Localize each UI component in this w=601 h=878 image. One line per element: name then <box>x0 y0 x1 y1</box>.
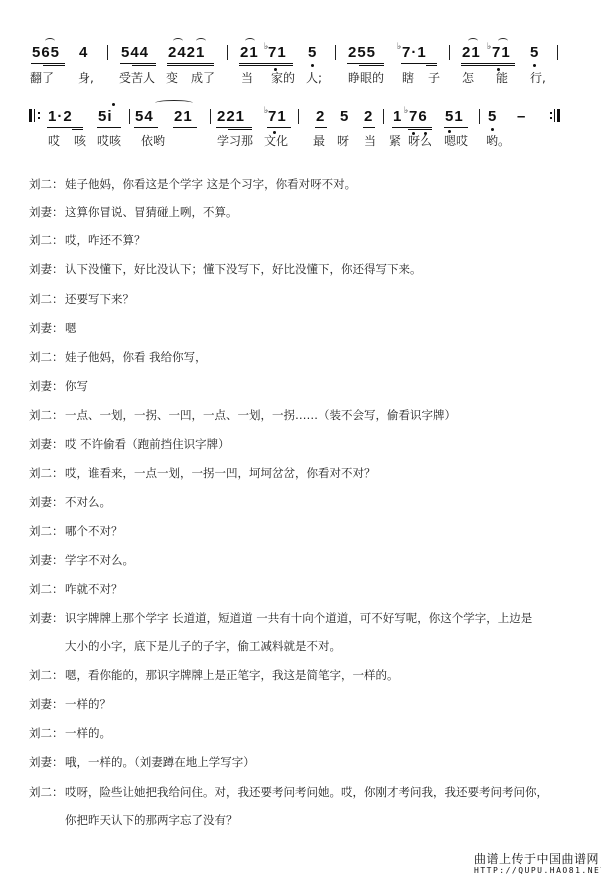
dialogue-line: 刘二：还要写下来？ <box>29 292 134 306</box>
bar-line <box>107 45 108 60</box>
octave-dot <box>491 128 494 131</box>
lyric: 成了 <box>191 71 215 85</box>
speaker-label: 刘二： <box>29 582 65 596</box>
bar-line <box>210 109 211 124</box>
note-group: 51 <box>445 109 464 125</box>
dialogue-continuation: 大小的小字，底下是儿子的子字，偷工减料就是不对。 <box>65 639 341 653</box>
dialogue-text: 认下没懂下，好比没认下；懂下没写下，好比没懂下，你还得写下来。 <box>65 262 422 276</box>
watermark-url: HTTP://QUPU.HAO81.NET <box>474 866 601 875</box>
dialogue-text: 这算你冒说、冒猜碰上咧，不算。 <box>65 205 238 219</box>
dialogue-text: 嗯，看你能的，那识字牌牌上是正笔字，我这是简笔字，一样的。 <box>65 668 399 682</box>
dialogue-line: 刘二：一样的。 <box>29 726 111 740</box>
note-group: 7·1 <box>402 45 427 61</box>
lyric: 受苦人 <box>119 71 155 85</box>
dialogue-line: 刘二：哎，咋还不算？ <box>29 233 146 247</box>
note-group: 2421 <box>168 45 205 61</box>
lyric: 行, <box>530 71 546 85</box>
note-group: 5 <box>340 109 349 125</box>
dialogue-text: 哎 不许偷看（跑前挡住识字牌） <box>65 437 230 451</box>
speaker-label: 刘二： <box>29 785 65 799</box>
flat-sign: ♭ <box>487 43 491 52</box>
beam-line <box>239 65 293 66</box>
note-group: 544 <box>121 45 149 61</box>
beam-line <box>228 129 252 130</box>
beam-line <box>216 127 252 128</box>
note-group: 4 <box>79 45 88 61</box>
lyric: 嗯哎 <box>444 134 468 148</box>
dialogue-text: 娃子他妈，你看 我给你写， <box>65 350 207 364</box>
dialogue-line: 刘妻：这算你冒说、冒猜碰上咧，不算。 <box>29 205 238 219</box>
beam-line <box>43 65 65 66</box>
lyric: 哟。 <box>486 134 510 148</box>
speaker-label: 刘妻： <box>29 321 65 335</box>
speaker-label: 刘二： <box>29 292 65 306</box>
dialogue-line: 刘妻：学字不对么。 <box>29 553 134 567</box>
lyric: 哎 <box>48 134 60 148</box>
lyric: 子 <box>428 71 440 85</box>
beam-line <box>167 65 214 66</box>
beam-line <box>444 127 468 128</box>
note-group: – <box>517 109 526 125</box>
beam-line <box>401 63 437 64</box>
speaker-label: 刘二： <box>29 668 65 682</box>
dialogue-text: 不对么。 <box>65 495 111 509</box>
dialogue-line: 刘二：咋就不对？ <box>29 582 123 596</box>
lyric: 翻了 <box>30 71 54 85</box>
dialogue-text: 嗯 <box>65 321 77 335</box>
dialogue-text: 一样的？ <box>65 697 111 711</box>
beam-line <box>167 63 214 64</box>
slur <box>155 100 193 106</box>
dialogue-text: 哦，一样的。（刘妻蹲在地上学写字） <box>65 755 255 769</box>
lyric: 怎 <box>462 71 474 85</box>
bar-line <box>557 45 558 60</box>
lyric: 身, <box>78 71 94 85</box>
dialogue-text: 哪个不对？ <box>65 524 123 538</box>
bar-line <box>335 45 336 60</box>
beam-line <box>315 127 327 128</box>
note-group: 54 <box>135 109 154 125</box>
lyric: 紧 <box>389 134 401 148</box>
dialogue-line: 刘二：嗯，看你能的，那识字牌牌上是正笔字，我这是简笔字，一样的。 <box>29 668 399 682</box>
note-group: 5 <box>308 45 317 61</box>
beam-line <box>461 63 515 64</box>
note-group: 5 <box>530 45 539 61</box>
octave-dot <box>533 64 536 67</box>
dialogue-line: 刘二：娃子他妈，你看 我给你写， <box>29 350 207 364</box>
speaker-label: 刘二： <box>29 726 65 740</box>
beam-line <box>426 65 437 66</box>
dialogue-text: 学字不对么。 <box>65 553 134 567</box>
dialogue-line: 刘妻：一样的？ <box>29 697 111 711</box>
beam-line <box>173 127 197 128</box>
speaker-label: 刘二： <box>29 466 65 480</box>
beam-line <box>363 127 375 128</box>
beam-line <box>392 127 432 128</box>
flat-sign: ♭ <box>397 43 401 52</box>
lyric: 哎咳 <box>97 134 121 148</box>
note-group: 21 <box>174 109 193 125</box>
dialogue-text: 一点、一划，一拐、一凹，一点、一划，一拐……（装不会写，偷看识字牌） <box>65 408 456 422</box>
bar-line <box>449 45 450 60</box>
note-group: 21 <box>462 45 481 61</box>
beam-line <box>408 129 432 130</box>
speaker-label: 刘妻： <box>29 495 65 509</box>
note-group: 71 <box>268 45 287 61</box>
dialogue-text: 一样的。 <box>65 726 111 740</box>
note-group: 2 <box>364 109 373 125</box>
bar-line <box>383 109 384 124</box>
note-group: 76 <box>409 109 428 125</box>
note-group: 1 <box>393 109 402 125</box>
dialogue-text: 识字牌牌上那个学字 长道道，短道道 一共有十向个道道，可不好写呢，你这个学字，上… <box>65 611 532 625</box>
octave-dot-high <box>112 103 115 106</box>
dialogue-text: 还要写下来？ <box>65 292 134 306</box>
dialogue-continuation: 你把昨天认下的那两字忘了没有？ <box>65 813 238 827</box>
note-group: 71 <box>268 109 287 125</box>
dialogue-text: 你写 <box>65 379 88 393</box>
lyric: 睁眼的 <box>348 71 384 85</box>
dialogue-line: 刘二：哎呀，险些让她把我给问住。对，我还要考问考问她。哎，你刚才考问我，我还要考… <box>29 785 548 799</box>
beam-line <box>132 65 156 66</box>
bar-line <box>479 109 480 124</box>
flat-sign: ♭ <box>404 107 408 116</box>
lyric: 家的 <box>271 71 295 85</box>
beam-line <box>267 127 291 128</box>
watermark-title: 曲谱上传于中国曲谱网 <box>474 850 599 867</box>
dialogue-line: 刘妻：嗯 <box>29 321 77 335</box>
lyric: 最 <box>313 134 325 148</box>
lyric: 当 <box>364 134 376 148</box>
lyric: 当 <box>241 71 253 85</box>
octave-dot <box>448 130 451 133</box>
beam-line <box>134 127 158 128</box>
lyric: 瞎 <box>402 71 414 85</box>
beam-line <box>239 63 293 64</box>
lyric: 咳 <box>74 134 86 148</box>
dialogue-text: 哎呀，险些让她把我给问住。对，我还要考问考问她。哎，你刚才考问我，我还要考问考问… <box>65 785 548 799</box>
octave-dot <box>311 64 314 67</box>
bar-line <box>129 109 130 124</box>
lyric: 文化 <box>264 134 288 148</box>
lyric: 呀 <box>337 134 349 148</box>
bar-line <box>298 109 299 124</box>
dialogue-line: 刘妻：哦，一样的。（刘妻蹲在地上学写字） <box>29 755 255 769</box>
speaker-label: 刘二： <box>29 524 65 538</box>
speaker-label: 刘二： <box>29 408 65 422</box>
dialogue-line: 刘妻：哎 不许偷看（跑前挡住识字牌） <box>29 437 230 451</box>
beam-line <box>120 63 156 64</box>
speaker-label: 刘妻： <box>29 611 65 625</box>
note-group: 2 <box>316 109 325 125</box>
beam-line <box>47 127 83 128</box>
lyric: 人; <box>306 71 322 85</box>
lyric: 变 <box>166 71 178 85</box>
speaker-label: 刘妻： <box>29 755 65 769</box>
dialogue-line: 刘二：哪个不对？ <box>29 524 123 538</box>
beam-line <box>461 65 515 66</box>
speaker-label: 刘二： <box>29 350 65 364</box>
dialogue-line: 刘二：娃子他妈，你看这是个学字 这是个习字，你看对呀不对。 <box>29 177 356 191</box>
note-group: 1·2 <box>48 109 73 125</box>
note-group: 565 <box>32 45 60 61</box>
note-group: 5 <box>488 109 497 125</box>
dialogue-text: 哎，咋还不算？ <box>65 233 146 247</box>
dialogue-text: 咋就不对？ <box>65 582 123 596</box>
speaker-label: 刘妻： <box>29 379 65 393</box>
speaker-label: 刘妻： <box>29 553 65 567</box>
note-group: 255 <box>348 45 376 61</box>
lyric: 呀么 <box>408 134 432 148</box>
dialogue-text: 娃子他妈，你看这是个学字 这是个习字，你看对呀不对。 <box>65 177 356 191</box>
score-line-1: 565 4 544 2421 21 ♭ 71 5 255 ♭ 7·1 21 ♭ … <box>0 38 601 98</box>
note-group: 21 <box>240 45 259 61</box>
bar-line <box>227 45 228 60</box>
dialogue-line: 刘二：一点、一划，一拐、一凹，一点、一划，一拐……（装不会写，偷看识字牌） <box>29 408 456 422</box>
beam-line <box>347 63 384 64</box>
beam-line <box>359 65 384 66</box>
dialogue-line: 刘妻：认下没懂下，好比没认下；懂下没写下，好比没懂下，你还得写下来。 <box>29 262 422 276</box>
beam-line <box>31 63 65 64</box>
beam-line <box>72 129 83 130</box>
speaker-label: 刘二： <box>29 233 65 247</box>
lyric: 学习那 <box>217 134 253 148</box>
dialogue-line: 刘妻：不对么。 <box>29 495 111 509</box>
beam-line <box>97 127 121 128</box>
lyric: 依哟 <box>141 134 165 148</box>
speaker-label: 刘妻： <box>29 262 65 276</box>
note-group: 71 <box>492 45 511 61</box>
speaker-label: 刘妻： <box>29 205 65 219</box>
dialogue-line: 刘妻：识字牌牌上那个学字 长道道，短道道 一共有十向个道道，可不好写呢，你这个学… <box>29 611 532 625</box>
speaker-label: 刘妻： <box>29 437 65 451</box>
dialogue-text: 哎，谁看来，一点一划，一拐一凹，坷坷岔岔，你看对不对？ <box>65 466 376 480</box>
speaker-label: 刘妻： <box>29 697 65 711</box>
dialogue-line: 刘妻：你写 <box>29 379 88 393</box>
note-group: 5i <box>98 109 113 125</box>
lyric: 能 <box>496 71 508 85</box>
note-group: 221 <box>217 109 245 125</box>
score-line-2: 1·2 5i 54 21 221 ♭ 71 2 5 2 1 ♭ 76 51 5 … <box>0 100 601 160</box>
speaker-label: 刘二： <box>29 177 65 191</box>
dialogue-line: 刘二：哎，谁看来，一点一划，一拐一凹，坷坷岔岔，你看对不对？ <box>29 466 376 480</box>
